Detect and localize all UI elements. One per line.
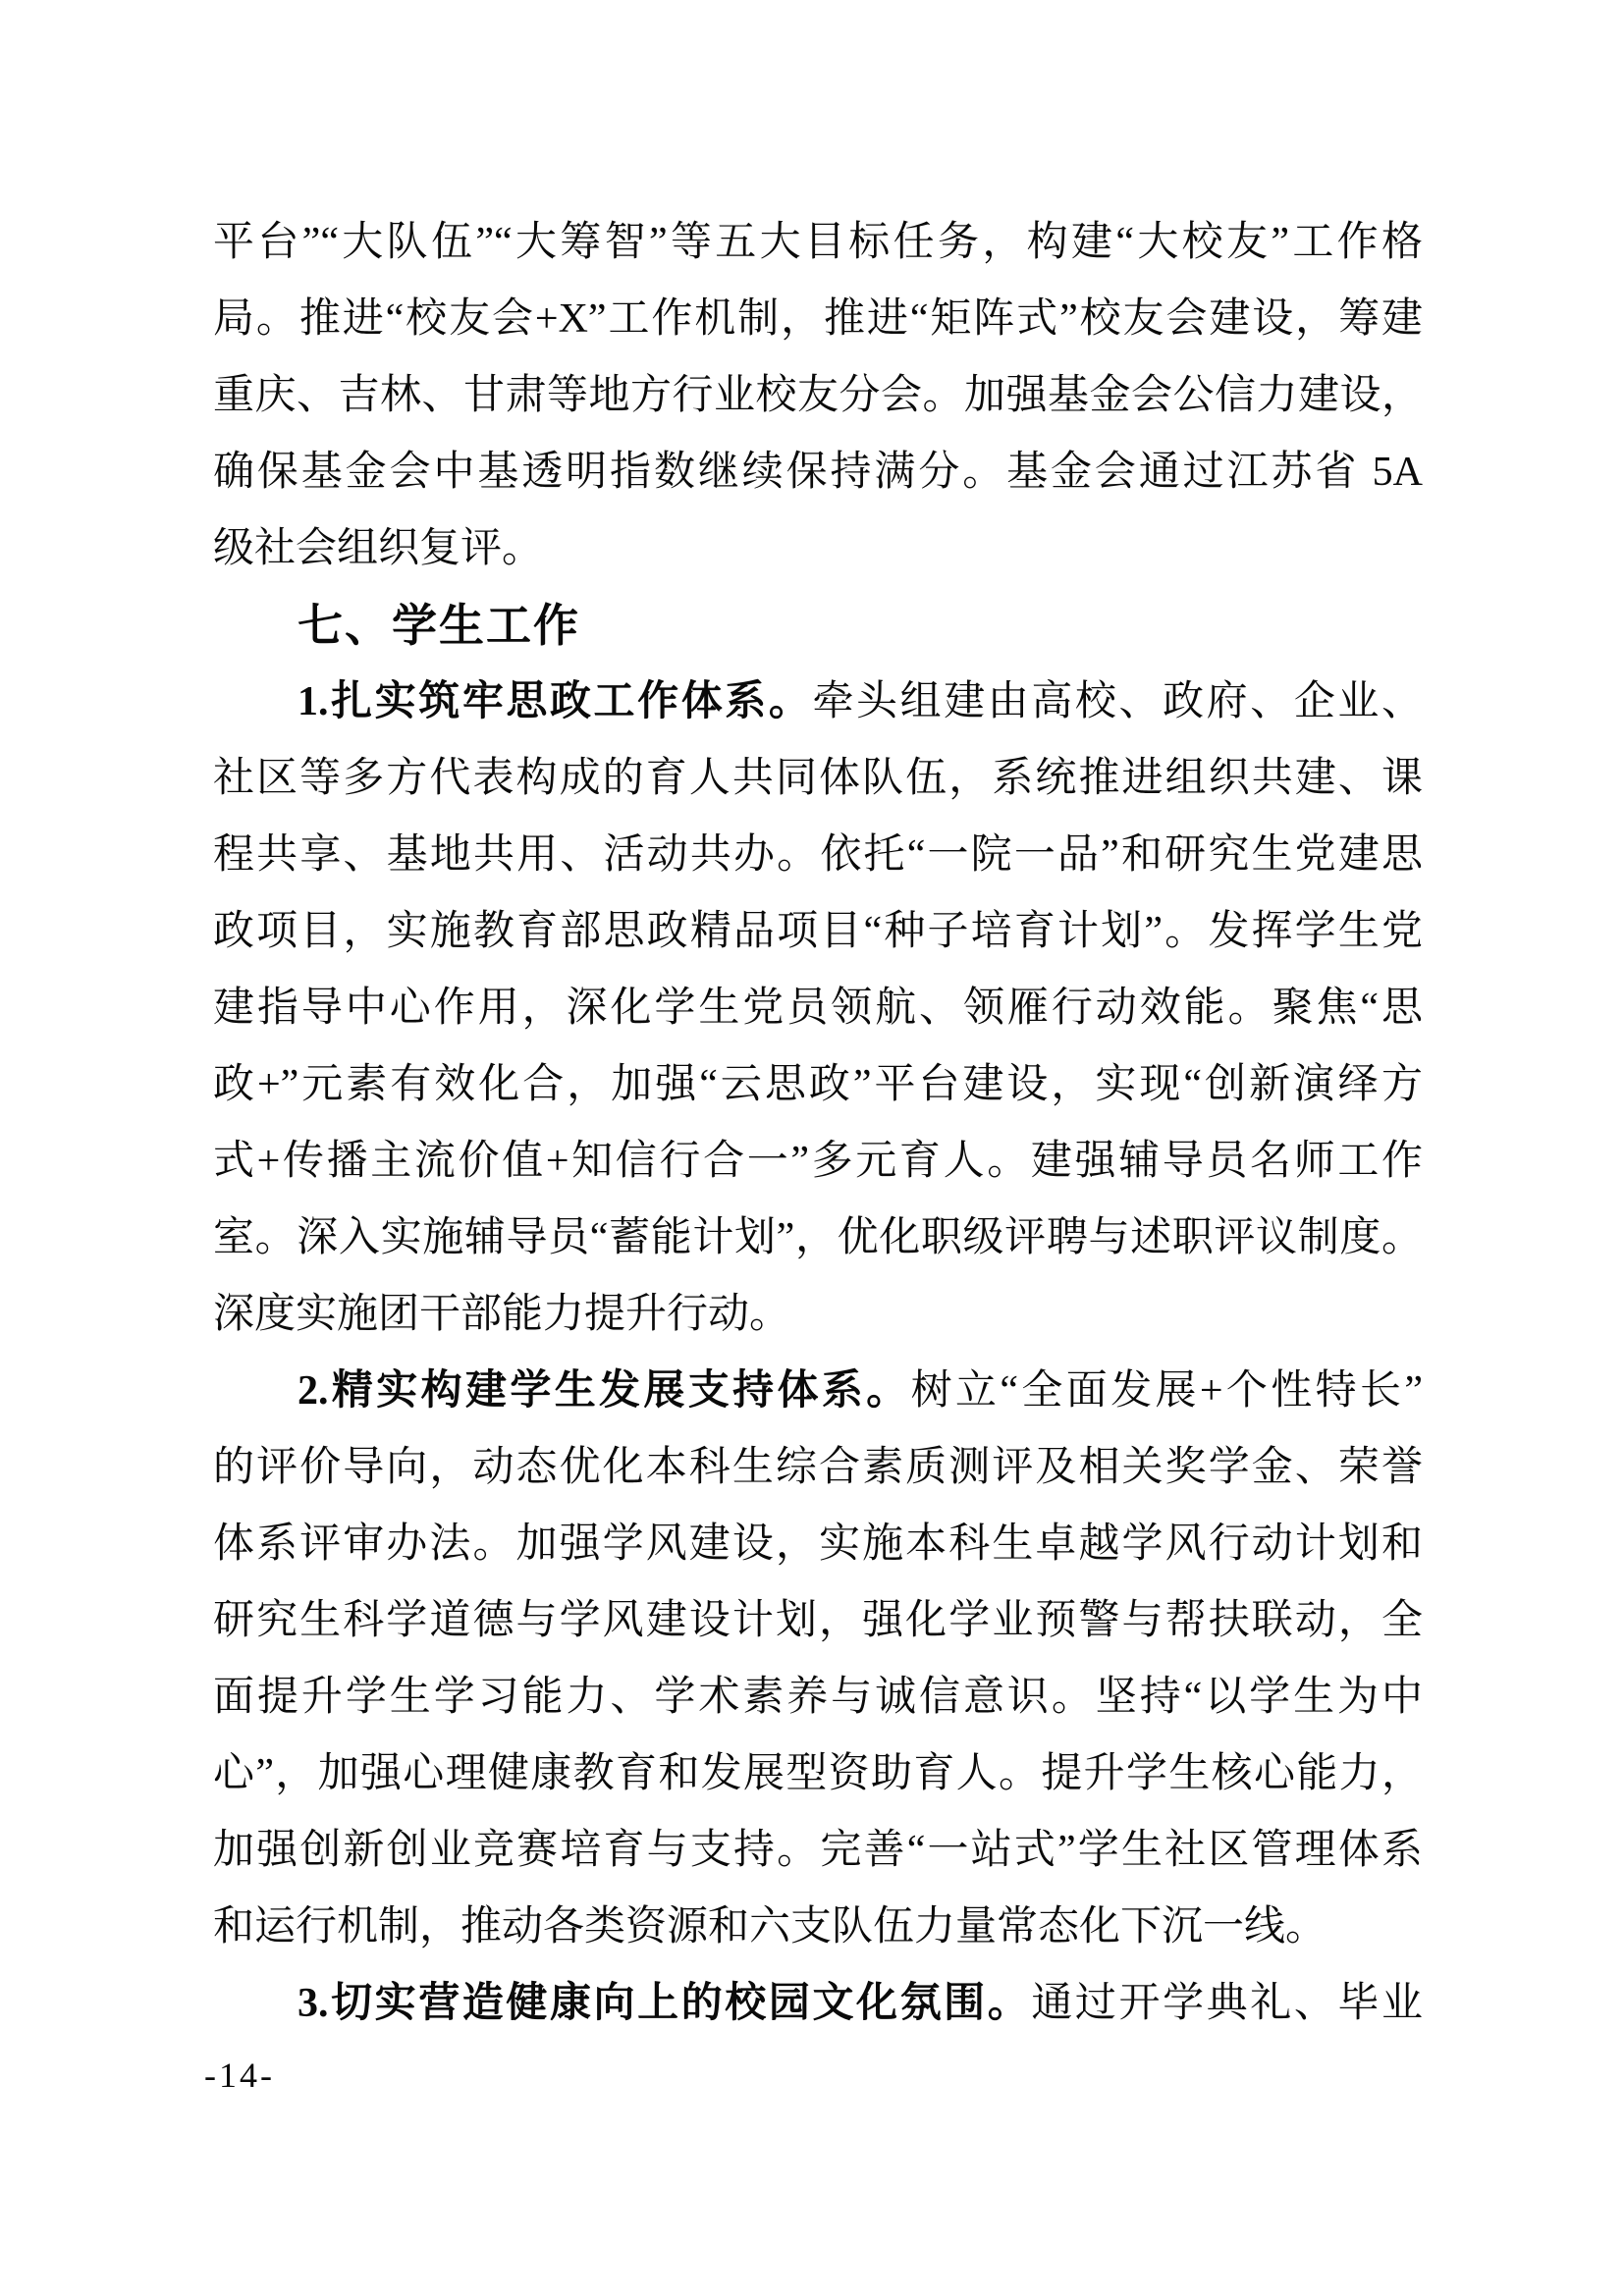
text-line: 式+传播主流价值+知信行合一”多元育人。建强辅导员名师工作 xyxy=(213,1123,1423,1200)
paragraph-lead-rest: 通过开学典礼、毕业 xyxy=(1031,1981,1423,2026)
paragraph-lead-line: 2.精实构建学生发展支持体系。树立“全面发展+个性特长” xyxy=(213,1353,1423,1429)
paragraph-lead-line: 3.切实营造健康向上的校园文化氛围。通过开学典礼、毕业 xyxy=(213,1965,1423,2042)
text-block: 平台”“大队伍”“大筹智”等五大目标任务，构建“大校友”工作格 局。推进“校友会… xyxy=(213,204,1423,2042)
text-line: 心”，加强心理健康教育和发展型资助育人。提升学生核心能力， xyxy=(213,1735,1423,1812)
paragraph-lead-bold: 3.切实营造健康向上的校园文化氛围。 xyxy=(298,1981,1031,2026)
text-line: 深度实施团干部能力提升行动。 xyxy=(213,1276,1423,1353)
text-line: 体系评审办法。加强学风建设，实施本科生卓越学风行动计划和 xyxy=(213,1506,1423,1582)
text-line: 政+”元素有效化合，加强“云思政”平台建设，实现“创新演绎方 xyxy=(213,1046,1423,1123)
text-line: 建指导中心作用，深化学生党员领航、领雁行动效能。聚焦“思 xyxy=(213,970,1423,1046)
text-line: 加强创新创业竞赛培育与支持。完善“一站式”学生社区管理体系 xyxy=(213,1812,1423,1889)
text-line: 平台”“大队伍”“大筹智”等五大目标任务，构建“大校友”工作格 xyxy=(213,204,1423,281)
page-number: -14- xyxy=(204,2054,275,2097)
paragraph-lead-rest: 牵头组建由高校、政府、企业、 xyxy=(812,679,1423,724)
text-line: 程共享、基地共用、活动共办。依托“一院一品”和研究生党建思 xyxy=(213,817,1423,893)
text-line: 室。深入实施辅导员“蓄能计划”，优化职级评聘与述职评议制度。 xyxy=(213,1200,1423,1276)
paragraph-lead-bold: 1.扎实筑牢思政工作体系。 xyxy=(298,679,812,724)
text-line: 政项目，实施教育部思政精品项目“种子培育计划”。发挥学生党 xyxy=(213,893,1423,970)
paragraph-lead-rest: 树立“全面发展+个性特长” xyxy=(911,1368,1423,1414)
text-line: 级社会组织复评。 xyxy=(213,510,1423,587)
text-line: 局。推进“校友会+X”工作机制，推进“矩阵式”校友会建设，筹建 xyxy=(213,281,1423,357)
text-line: 和运行机制，推动各类资源和六支队伍力量常态化下沉一线。 xyxy=(213,1889,1423,1965)
text-line: 重庆、吉林、甘肃等地方行业校友分会。加强基金会公信力建设， xyxy=(213,357,1423,434)
text-line: 确保基金会中基透明指数继续保持满分。基金会通过江苏省 5A xyxy=(213,434,1423,510)
paragraph-lead-line: 1.扎实筑牢思政工作体系。牵头组建由高校、政府、企业、 xyxy=(213,664,1423,740)
text-line: 面提升学生学习能力、学术素养与诚信意识。坚持“以学生为中 xyxy=(213,1659,1423,1735)
document-page: 平台”“大队伍”“大筹智”等五大目标任务，构建“大校友”工作格 局。推进“校友会… xyxy=(0,0,1624,2296)
text-line: 社区等多方代表构成的育人共同体队伍，系统推进组织共建、课 xyxy=(213,740,1423,817)
paragraph-lead-bold: 2.精实构建学生发展支持体系。 xyxy=(298,1368,911,1414)
section-heading: 七、学生工作 xyxy=(213,587,1423,664)
text-line: 研究生科学道德与学风建设计划，强化学业预警与帮扶联动，全 xyxy=(213,1582,1423,1659)
text-line: 的评价导向，动态优化本科生综合素质测评及相关奖学金、荣誉 xyxy=(213,1429,1423,1506)
